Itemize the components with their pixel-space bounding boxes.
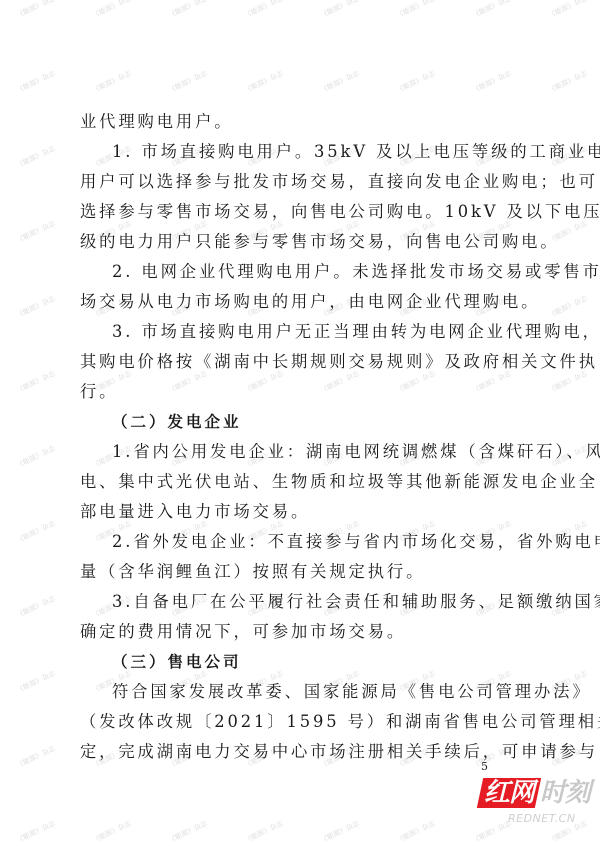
watermark-text: 《能源》杂志 bbox=[167, 69, 209, 96]
body-line: 2. 电网企业代理购电用户。未选择批发市场交易或零售市 bbox=[112, 262, 600, 282]
watermark-text: 《能源》杂志 bbox=[15, 744, 57, 771]
body-line: 业代理购电用户。 bbox=[80, 112, 233, 132]
watermark-text: 《能源》杂志 bbox=[15, 0, 57, 20]
body-line: 量（含华润鲤鱼江）按照有关规定执行。 bbox=[80, 562, 425, 582]
watermark-text: 《能源》杂志 bbox=[167, 0, 209, 20]
watermark-text: 《能源》杂志 bbox=[471, 369, 513, 396]
watermark-text: 《能源》杂志 bbox=[243, 69, 285, 96]
watermark-text: 《能源》杂志 bbox=[91, 0, 133, 20]
body-line: 2.省外发电企业：不直接参与省内市场化交易，省外购电电 bbox=[112, 532, 600, 552]
watermark-text: 《能源》杂志 bbox=[319, 819, 361, 846]
body-line: 行。 bbox=[80, 382, 118, 402]
body-line: 确定的费用情况下，可参加市场交易。 bbox=[80, 622, 406, 642]
body-line: 符合国家发展改革委、国家能源局《售电公司管理办法》 bbox=[112, 682, 592, 702]
watermark-text: 《能源》杂志 bbox=[243, 369, 285, 396]
watermark-text: 《能源》杂志 bbox=[395, 0, 437, 20]
body-line: 定，完成湖南电力交易中心市场注册相关手续后，可申请参与 bbox=[80, 742, 598, 762]
section-heading-power-generation: （二）发电企业 bbox=[112, 412, 242, 432]
watermark-text: 《能源》杂志 bbox=[547, 69, 589, 96]
watermark-text: 《能源》杂志 bbox=[15, 369, 57, 396]
watermark-text: 《能源》杂志 bbox=[395, 819, 437, 846]
watermark-text: 《能源》杂志 bbox=[547, 0, 589, 20]
watermark-text: 《能源》杂志 bbox=[319, 0, 361, 20]
watermark-text: 《能源》杂志 bbox=[15, 444, 57, 471]
watermark-text: 《能源》杂志 bbox=[471, 69, 513, 96]
body-line: 选择参与零售市场交易，向售电公司购电。10kV 及以下电压等 bbox=[80, 202, 600, 222]
watermark-text: 《能源》杂志 bbox=[319, 369, 361, 396]
watermark-text: 《能源》杂志 bbox=[91, 69, 133, 96]
watermark-text: 《能源》杂志 bbox=[471, 0, 513, 20]
rednet-logo: 红网 时刻 REDNET.CN bbox=[480, 770, 600, 830]
body-line: 部电量进入电力市场交易。 bbox=[80, 502, 310, 522]
watermark-text: 《能源》杂志 bbox=[15, 219, 57, 246]
body-line: 1.省内公用发电企业：湖南电网统调燃煤（含煤矸石）、风 bbox=[112, 442, 600, 462]
section-heading-retail-company: （三）售电公司 bbox=[112, 652, 242, 672]
watermark-text: 《能源》杂志 bbox=[167, 819, 209, 846]
watermark-text: 《能源》杂志 bbox=[15, 594, 57, 621]
watermark-text: 《能源》杂志 bbox=[319, 69, 361, 96]
watermark-text: 《能源》杂志 bbox=[15, 294, 57, 321]
body-line: 3.自备电厂在公平履行社会责任和辅助服务、足额缴纳国家 bbox=[112, 592, 600, 612]
watermark-text: 《能源》杂志 bbox=[395, 69, 437, 96]
logo-gray-text: 时刻 bbox=[540, 777, 590, 809]
logo-subtitle: REDNET.CN bbox=[508, 812, 576, 825]
watermark-text: 《能源》杂志 bbox=[91, 819, 133, 846]
body-line: （发改体改规〔2021〕1595 号）和湖南省售电公司管理相关规 bbox=[80, 712, 600, 732]
watermark-text: 《能源》杂志 bbox=[167, 369, 209, 396]
watermark-text: 《能源》杂志 bbox=[15, 144, 57, 171]
watermark-text: 《能源》杂志 bbox=[15, 519, 57, 546]
watermark-text: 《能源》杂志 bbox=[395, 369, 437, 396]
body-line: 1. 市场直接购电用户。35kV 及以上电压等级的工商业电力 bbox=[112, 142, 600, 162]
body-line: 电、集中式光伏电站、生物质和垃圾等其他新能源发电企业全 bbox=[80, 472, 598, 492]
body-line: 其购电价格按《湖南中长期规则交易规则》及政府相关文件执 bbox=[80, 352, 598, 372]
logo-red-text: 红网 bbox=[484, 777, 534, 809]
body-line: 场交易从电力市场购电的用户，由电网企业代理购电。 bbox=[80, 292, 540, 312]
watermark-text: 《能源》杂志 bbox=[15, 819, 57, 846]
watermark-text: 《能源》杂志 bbox=[547, 369, 589, 396]
body-line: 用户可以选择参与批发市场交易，直接向发电企业购电；也可 bbox=[80, 172, 598, 192]
watermark-text: 《能源》杂志 bbox=[243, 0, 285, 20]
body-line: 3. 市场直接购电用户无正当理由转为电网企业代理购电， bbox=[112, 322, 600, 342]
body-line: 级的电力用户只能参与零售市场交易，向售电公司购电。 bbox=[80, 232, 560, 252]
watermark-text: 《能源》杂志 bbox=[15, 69, 57, 96]
watermark-text: 《能源》杂志 bbox=[15, 669, 57, 696]
watermark-text: 《能源》杂志 bbox=[243, 819, 285, 846]
watermark-text: 《能源》杂志 bbox=[547, 294, 589, 321]
